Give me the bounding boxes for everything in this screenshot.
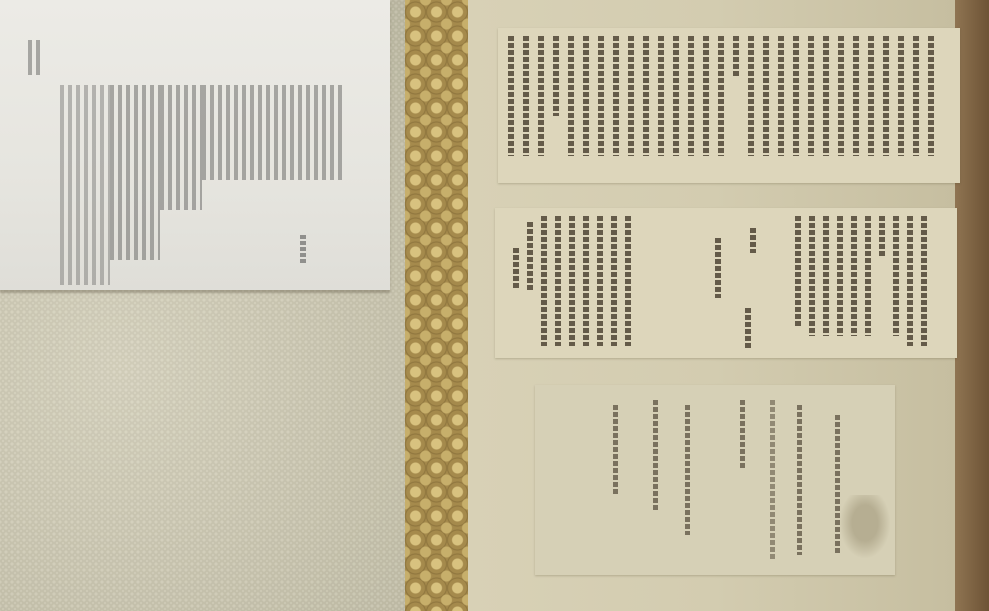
scroll-document-bottom	[535, 385, 895, 575]
scroll-document-middle	[495, 208, 957, 358]
scroll-brocade-border	[405, 0, 468, 611]
scroll-document-top	[498, 28, 960, 183]
explanatory-notice	[0, 0, 390, 290]
notice-signature	[300, 235, 306, 265]
notice-text-block	[110, 85, 160, 260]
notice-text-block	[60, 85, 110, 285]
plant-painting	[835, 495, 895, 565]
wood-frame	[955, 0, 989, 611]
notice-date-lines	[28, 40, 40, 75]
notice-text-block	[160, 85, 202, 210]
notice-text-block	[202, 85, 344, 180]
